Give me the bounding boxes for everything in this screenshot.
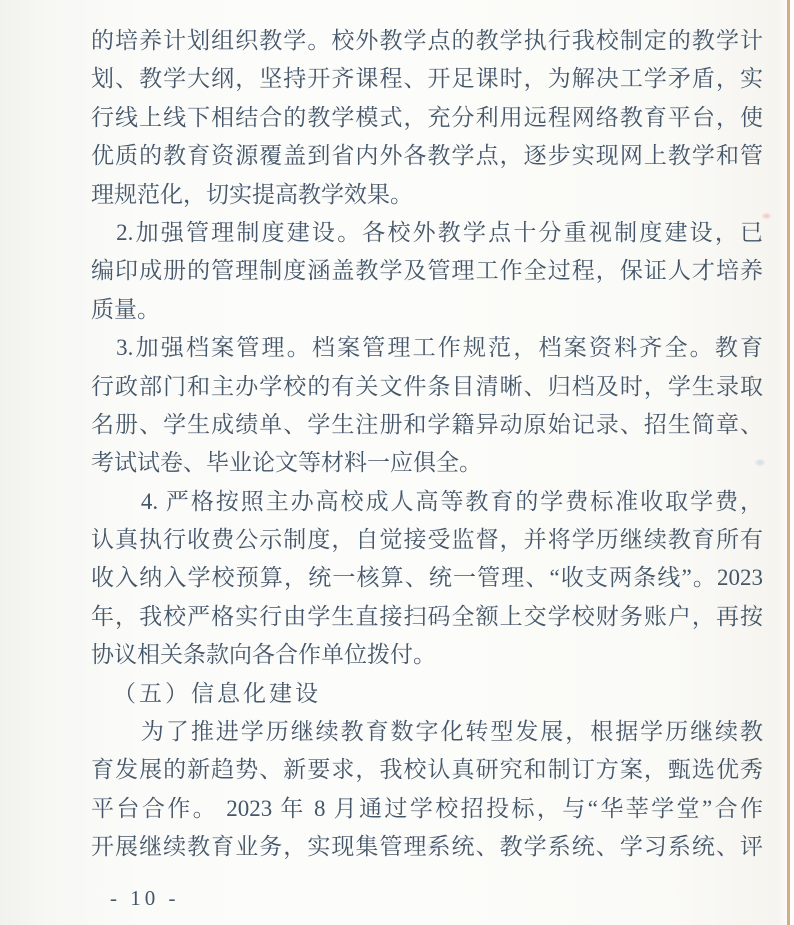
- scanned-document-page: 的培养计划组织教学。校外教学点的教学执行我校制定的教学计划、教学大纲，坚持开齐课…: [0, 0, 794, 925]
- scan-artifact: [762, 213, 771, 219]
- text-line: 收入纳入学校预算，统一核算、统一管理、“收支两条线”。2023: [91, 559, 763, 597]
- text-line: 质量。: [91, 291, 763, 329]
- text-line: 认真执行收费公示制度，自觉接受监督，并将学历继续教育所有: [91, 521, 763, 559]
- text-line: 行政部门和主办学校的有关文件条目清晰、归档及时，学生录取: [91, 368, 763, 406]
- text-line: 为了推进学历继续教育数字化转型发展，根据学历继续教: [91, 713, 763, 751]
- text-line: 平台合作。 2023 年 8 月通过学校招投标，与“华莘学堂”合作: [91, 790, 763, 828]
- text-line: 划、教学大纲，坚持开齐课程、开足课时，为解决工学矛盾，实: [91, 60, 763, 98]
- text-line: 理规范化，切实提高教学效果。: [91, 176, 763, 214]
- paragraph-4-tuition: 4. 严格按照主办高校成人高等教育的学费标准收取学费，认真执行收费公示制度，自觉…: [91, 483, 763, 675]
- paragraph-2-management-system: 2.加强管理制度建设。各校外教学点十分重视制度建设，已编印成册的管理制度涵盖教学…: [91, 214, 763, 329]
- scan-edge-line: [787, 0, 790, 925]
- text-line: 4. 严格按照主办高校成人高等教育的学费标准收取学费，: [91, 483, 763, 521]
- text-line: 行线上线下相结合的教学模式，充分利用远程网络教育平台，使: [91, 99, 763, 137]
- paragraph-teaching-plan: 的培养计划组织教学。校外教学点的教学执行我校制定的教学计划、教学大纲，坚持开齐课…: [91, 22, 763, 214]
- text-line: 年，我校严格实行由学生直接扫码全额上交学校财务账户，再按: [91, 598, 763, 636]
- text-line: 开展继续教育业务，实现集管理系统、教学系统、学习系统、评: [91, 828, 763, 866]
- document-body: 的培养计划组织教学。校外教学点的教学执行我校制定的教学计划、教学大纲，坚持开齐课…: [91, 22, 763, 867]
- text-line: 优质的教育资源覆盖到省内外各教学点，逐步实现网上教学和管: [91, 137, 763, 175]
- heading-section-5-informatization: （五）信息化建设: [91, 675, 763, 713]
- text-line: 的培养计划组织教学。校外教学点的教学执行我校制定的教学计: [91, 22, 763, 60]
- text-line: 育发展的新趋势、新要求，我校认真研究和制订方案，甄选优秀: [91, 751, 763, 789]
- page-number: - 10 -: [110, 886, 180, 911]
- text-line: 协议相关条款向各合作单位拨付。: [91, 636, 763, 674]
- text-line: （五）信息化建设: [91, 675, 763, 713]
- paragraph-3-archives: 3.加强档案管理。档案管理工作规范，档案资料齐全。教育行政部门和主办学校的有关文…: [91, 329, 763, 483]
- text-line: 名册、学生成绩单、学生注册和学籍异动原始记录、招生简章、: [91, 406, 763, 444]
- text-line: 3.加强档案管理。档案管理工作规范，档案资料齐全。教育: [91, 329, 763, 367]
- text-line: 2.加强管理制度建设。各校外教学点十分重视制度建设，已: [91, 214, 763, 252]
- paragraph-5-digital-transformation: 为了推进学历继续教育数字化转型发展，根据学历继续教育发展的新趋势、新要求，我校认…: [91, 713, 763, 867]
- text-line: 编印成册的管理制度涵盖教学及管理工作全过程，保证人才培养: [91, 252, 763, 290]
- text-line: 考试试卷、毕业论文等材料一应俱全。: [91, 444, 763, 482]
